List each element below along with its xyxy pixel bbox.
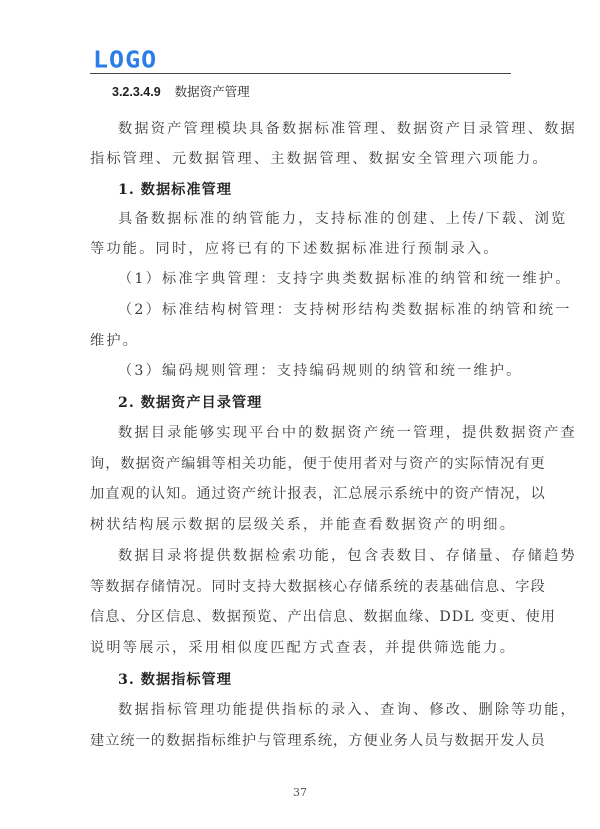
section-title: 数据资产管理 [175, 85, 250, 99]
logo: LOGO [93, 48, 157, 72]
list-item: （3）编码规则管理：支持编码规则的纳管和统一维护。 [118, 361, 539, 381]
paragraph-line: 加直观的认知。通过资产统计报表，汇总展示系统中的资产情况，以 [90, 484, 511, 504]
paragraph-line: 等数据存储情况。同时支持大数据核心存储系统的表基础信息、字段 [90, 577, 511, 597]
header-divider [90, 73, 511, 74]
paragraph-line: 指标管理、元数据管理、主数据管理、数据安全管理六项能力。 [90, 149, 483, 169]
paragraph-line: 数据目录将提供数据检索功能，包含表数目、存储量、存储趋势 [118, 546, 511, 566]
paragraph-line: 建立统一的数据指标维护与管理系统，方便业务人员与数据开发人员 [90, 731, 511, 751]
section-heading: 3.2.3.4.9数据资产管理 [112, 82, 250, 100]
paragraph-line: 等功能。同时，应将已有的下述数据标准进行预制录入。 [90, 239, 511, 259]
page-number: 37 [0, 786, 600, 799]
paragraph-line: 说明等展示，采用相似度匹配方式查表，并提供筛选能力。 [90, 638, 511, 658]
list-item: （2）标准结构树管理：支持树形结构类数据标准的纳管和统一 [118, 300, 511, 320]
paragraph-line: 数据资产管理模块具备数据标准管理、数据资产目录管理、数据 [118, 119, 511, 139]
paragraph-line: 树状结构展示数据的层级关系，并能查看数据资产的明细。 [90, 515, 511, 535]
paragraph-line: 询，数据资产编辑等相关功能，便于使用者对与资产的实际情况有更 [90, 454, 511, 474]
paragraph-line: 数据目录能够实现平台中的数据资产统一管理，提供数据资产查 [118, 423, 511, 443]
paragraph-line: 数据指标管理功能提供指标的录入、查询、修改、删除等功能， [118, 700, 511, 720]
subheading-asset-catalog: 2. 数据资产目录管理 [118, 393, 539, 413]
section-number: 3.2.3.4.9 [112, 85, 161, 99]
list-item-continued: 维护。 [90, 331, 511, 351]
subheading-data-metrics: 3. 数据指标管理 [118, 670, 539, 690]
paragraph-line: 具备数据标准的纳管能力，支持标准的创建、上传/下载、浏览 [118, 209, 511, 229]
list-item: （1）标准字典管理：支持字典类数据标准的纳管和统一维护。 [118, 269, 539, 289]
subheading-data-standard: 1. 数据标准管理 [118, 180, 539, 200]
paragraph-line: 信息、分区信息、数据预览、产出信息、数据血缘、DDL 变更、使用 [90, 607, 511, 627]
